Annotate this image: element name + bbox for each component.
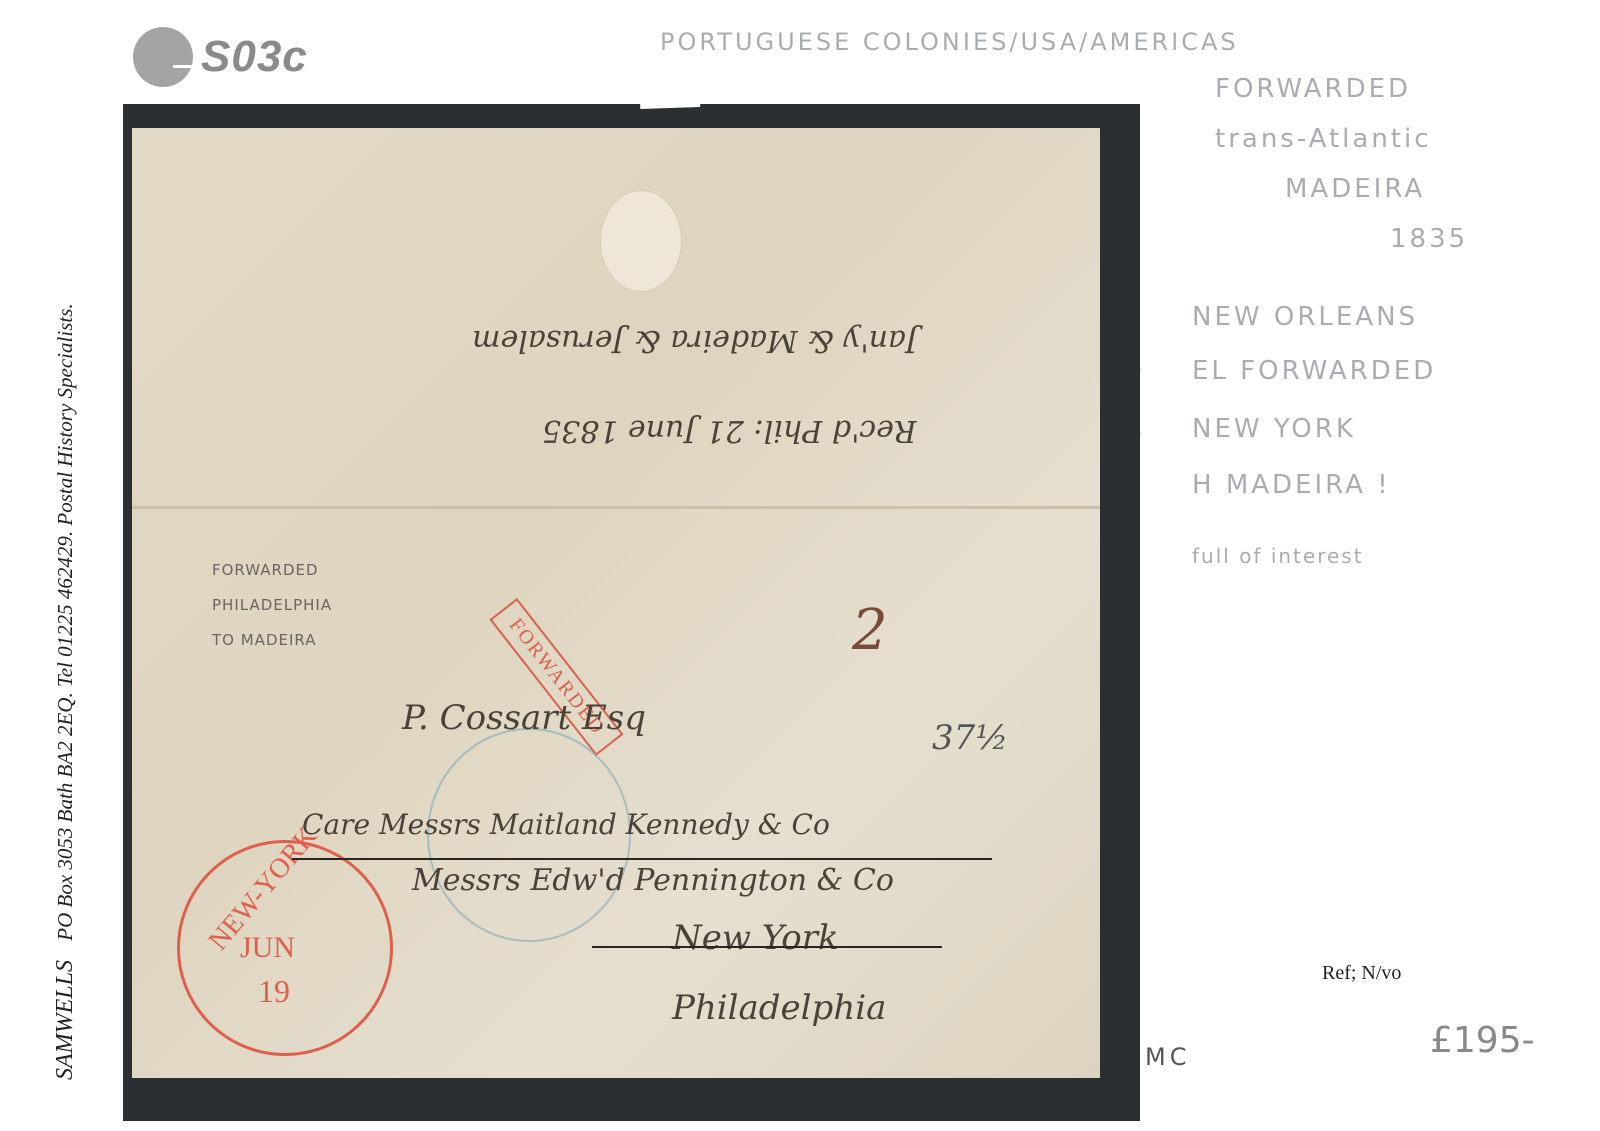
- address-line: P. Cossart Esq: [402, 698, 646, 738]
- new-york-cds-stamp: NEW-YORK JUN 19: [177, 840, 393, 1056]
- notes-header: PORTUGUESE COLONIES/USA/AMERICAS: [660, 28, 1239, 56]
- badge-circle-icon: [133, 27, 193, 87]
- dealer-address: PO Box 3053 Bath BA2 2EQ.: [53, 692, 77, 940]
- strike-through: [592, 946, 942, 948]
- price: £195-: [1430, 1020, 1535, 1061]
- lot-code: S03c: [201, 32, 308, 82]
- rate-mark: 2: [852, 598, 888, 663]
- dealer-tel: Tel 01225 462429.: [53, 531, 77, 687]
- fold-line: [132, 506, 1100, 509]
- lot-badge: S03c: [133, 27, 308, 87]
- address-line: Messrs Edw'd Pennington & Co: [412, 863, 894, 898]
- dealer-tagline: Postal History Specialists.: [53, 303, 77, 525]
- address-line: Philadelphia: [672, 988, 886, 1028]
- notes-side-line: EL FORWARDED: [1192, 356, 1436, 386]
- notes-line: 1835: [1390, 224, 1468, 254]
- entire-letter: Rec'd Phil: 21 June 1835 Jan'y & Madeira…: [132, 128, 1100, 1078]
- rate-sub: 37½: [932, 718, 1008, 758]
- pencil-note: FORWARDED PHILADELPHIA TO MADEIRA: [212, 553, 332, 658]
- notes-line: MADEIRA: [1285, 174, 1425, 204]
- strike-through: [292, 858, 992, 860]
- notes-side-line: H MADEIRA !: [1192, 470, 1391, 500]
- notes-side-line: NEW YORK: [1192, 414, 1356, 444]
- dealer-name: SAMWELLS: [52, 960, 78, 1080]
- wax-seal-remnant: [600, 190, 682, 292]
- notes-line: trans-Atlantic: [1215, 124, 1432, 154]
- notes-side-line: full of interest: [1192, 544, 1364, 568]
- address-line: Care Messrs Maitland Kennedy & Co: [302, 808, 830, 841]
- mount-notch: [640, 91, 701, 109]
- ref-label: Ref; N/vo: [1322, 962, 1401, 985]
- address-line: New York: [672, 918, 839, 958]
- docket-line-2: Jan'y & Madeira & Jerusalem: [472, 323, 918, 358]
- notes-side-line: NEW ORLEANS: [1192, 302, 1418, 332]
- docket-line-1: Rec'd Phil: 21 June 1835: [542, 413, 917, 448]
- initials: MC: [1145, 1043, 1190, 1071]
- dealer-imprint: SAMWELLS PO Box 3053 Bath BA2 2EQ. Tel 0…: [52, 130, 79, 1080]
- notes-line: FORWARDED: [1215, 74, 1411, 104]
